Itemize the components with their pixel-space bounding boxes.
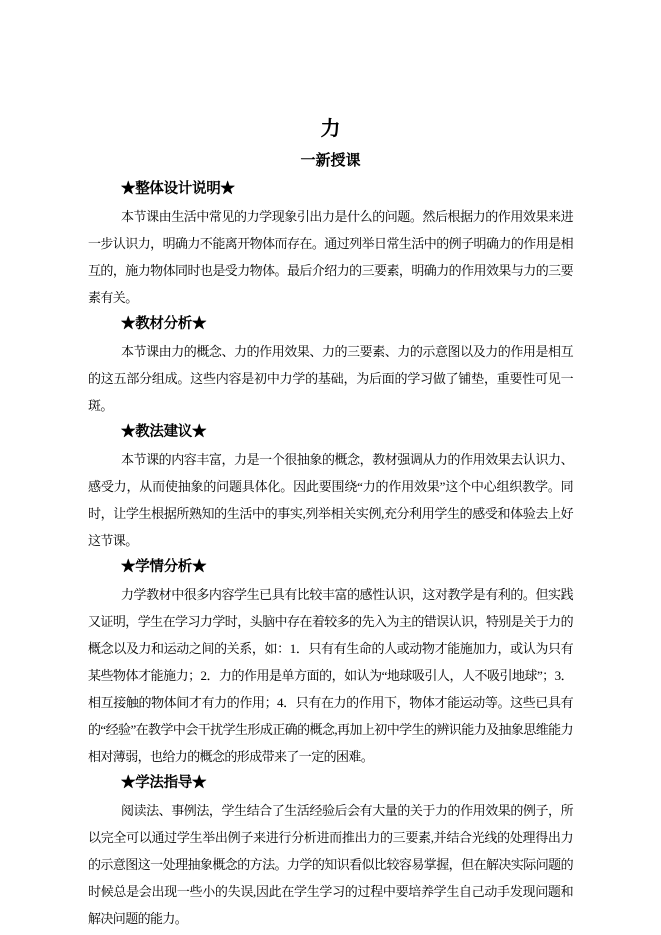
section-overall-design-notes: ★整体设计说明★ 本节课由生活中常见的力学现象引出力是什么的问题。然后根据力的作… bbox=[88, 176, 573, 311]
section-paragraph-teaching-method-suggestions: 本节课的内容丰富，力是一个很抽象的概念，教材强调从力的作用效果去认识力、感受力，… bbox=[88, 446, 573, 554]
section-teaching-method-suggestions: ★教法建议★ 本节课的内容丰富，力是一个很抽象的概念，教材强调从力的作用效果去认… bbox=[88, 419, 573, 554]
section-paragraph-learning-method-guidance: 阅读法、事例法，学生结合了生活经验后会有大量的关于力的作用效果的例子，所以完全可… bbox=[88, 797, 573, 932]
section-heading-teaching-method-suggestions: ★教法建议★ bbox=[88, 419, 573, 446]
section-learner-analysis: ★学情分析★ 力学教材中很多内容学生已具有比较丰富的感性认识，这对教学是有利的。… bbox=[88, 554, 573, 770]
document-title: 力 bbox=[88, 112, 573, 146]
document-page: 力 一新授课 ★整体设计说明★ 本节课由生活中常见的力学现象引出力是什么的问题。… bbox=[0, 0, 661, 935]
section-textbook-analysis: ★教材分析★ 本节课由力的概念、力的作用效果、力的三要素、力的示意图以及力的作用… bbox=[88, 311, 573, 419]
section-heading-learning-method-guidance: ★学法指导★ bbox=[88, 770, 573, 797]
section-heading-learner-analysis: ★学情分析★ bbox=[88, 554, 573, 581]
document-subtitle: 一新授课 bbox=[88, 146, 573, 176]
section-paragraph-learner-analysis: 力学教材中很多内容学生已具有比较丰富的感性认识，这对教学是有利的。但实践又证明，… bbox=[88, 581, 573, 770]
section-heading-textbook-analysis: ★教材分析★ bbox=[88, 311, 573, 338]
section-learning-method-guidance: ★学法指导★ 阅读法、事例法，学生结合了生活经验后会有大量的关于力的作用效果的例… bbox=[88, 770, 573, 932]
section-paragraph-overall-design-notes: 本节课由生活中常见的力学现象引出力是什么的问题。然后根据力的作用效果来进一步认识… bbox=[88, 203, 573, 311]
section-heading-overall-design-notes: ★整体设计说明★ bbox=[88, 176, 573, 203]
section-paragraph-textbook-analysis: 本节课由力的概念、力的作用效果、力的三要素、力的示意图以及力的作用是相互的这五部… bbox=[88, 338, 573, 419]
